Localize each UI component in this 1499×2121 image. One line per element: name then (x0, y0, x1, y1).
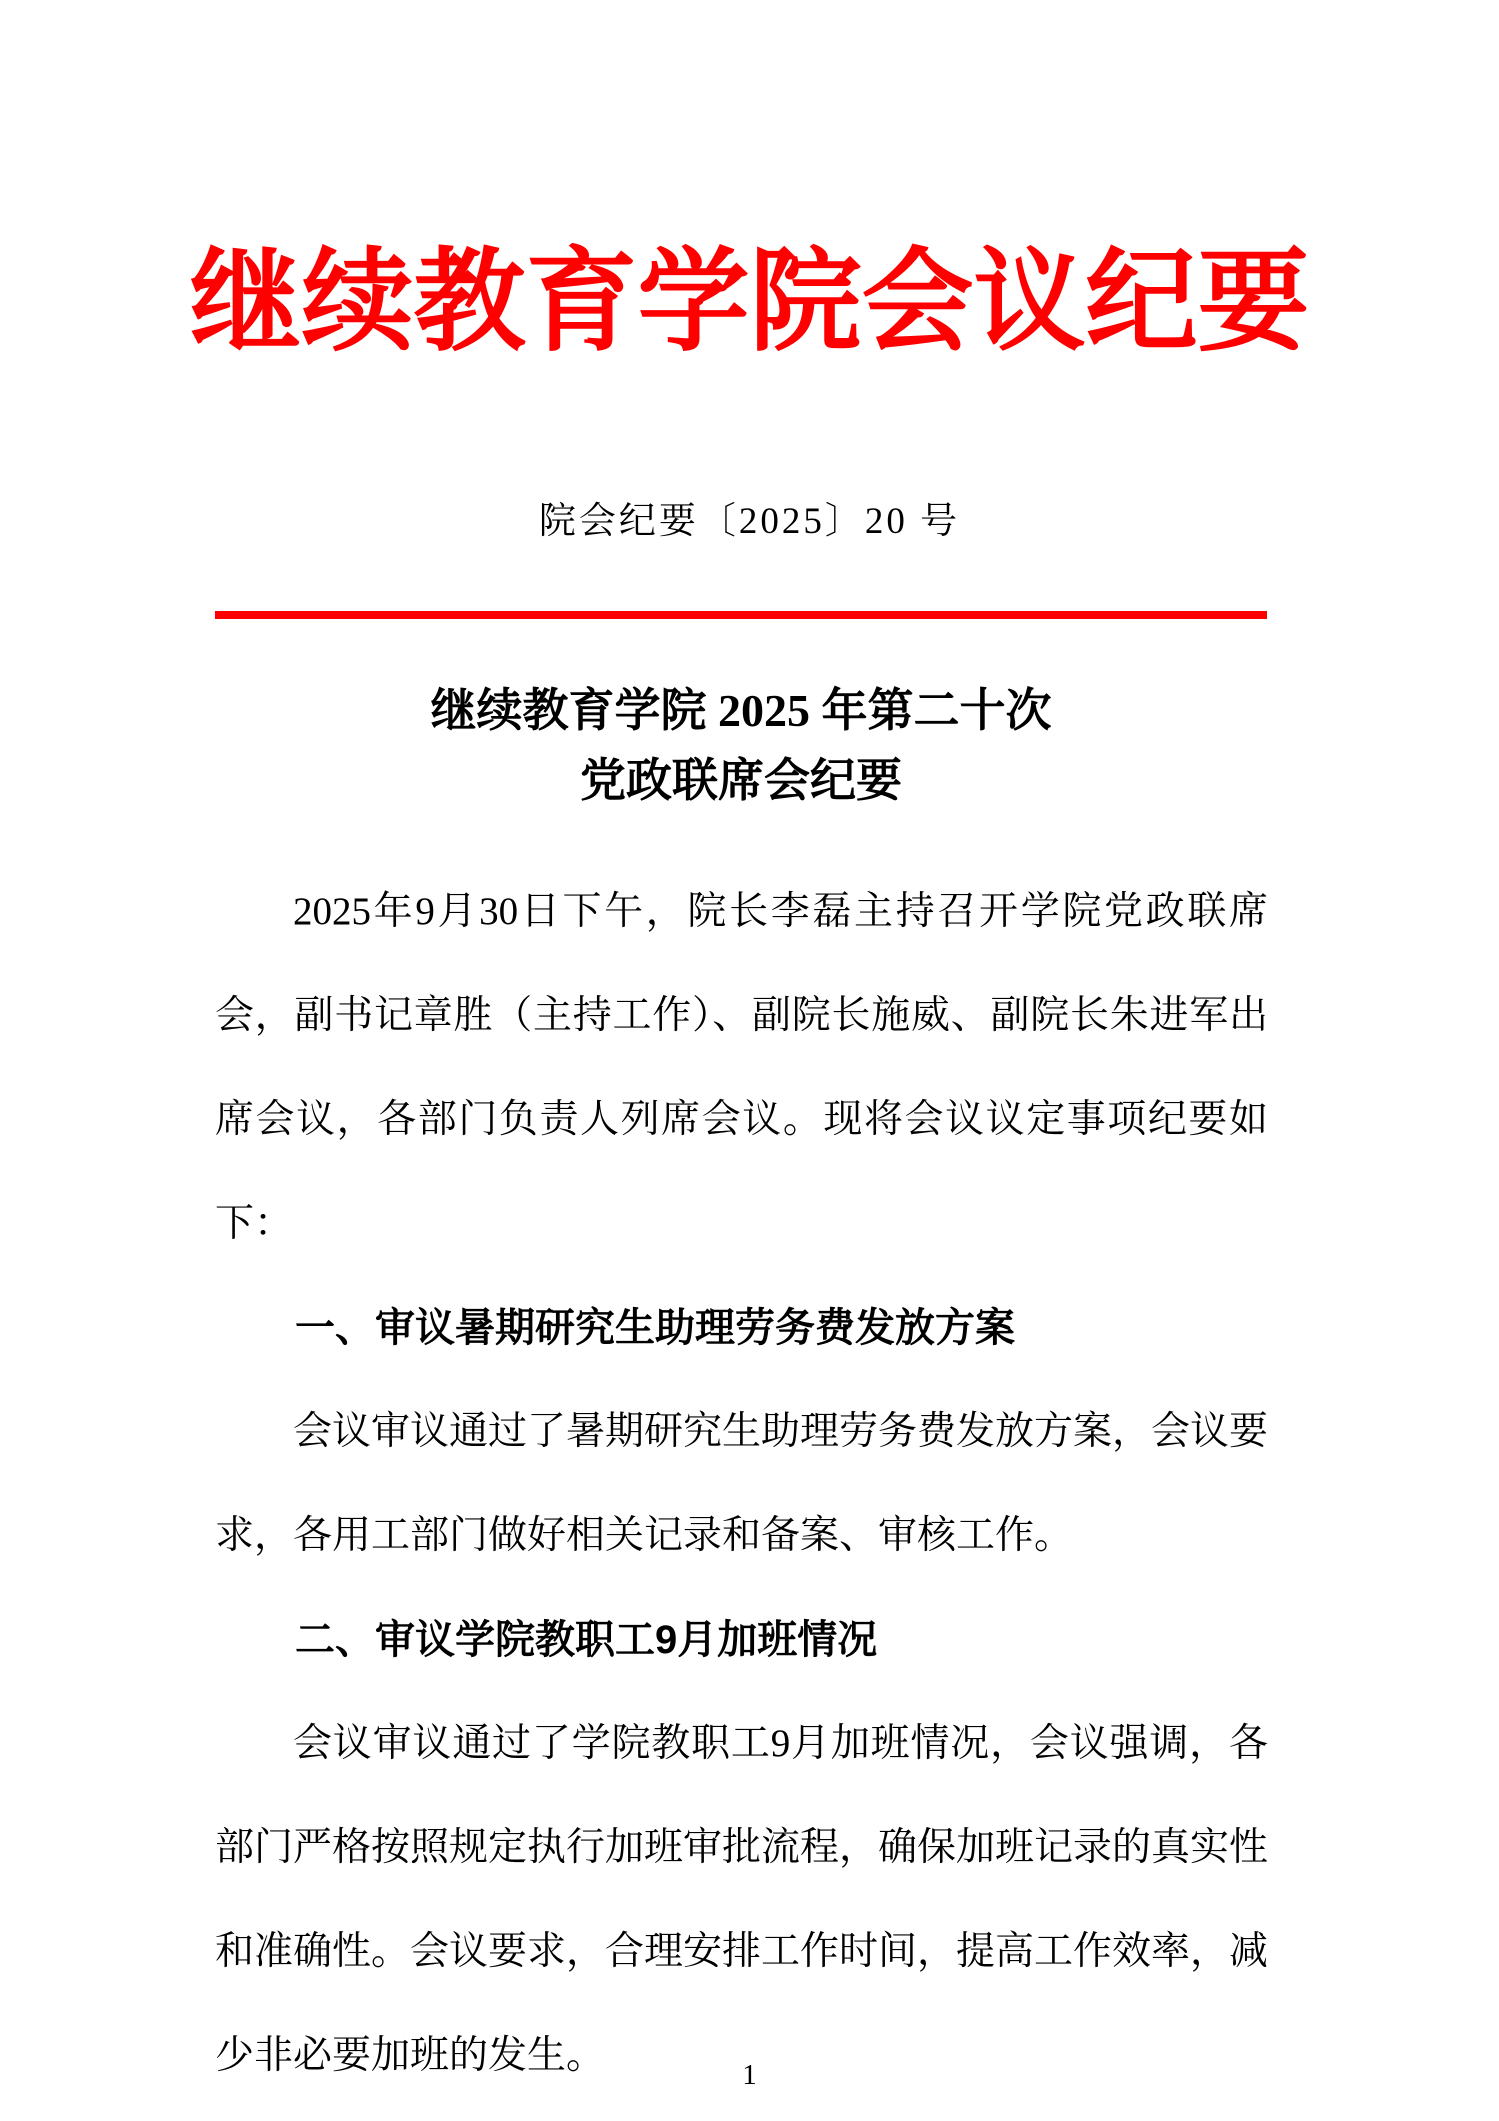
intro-paragraph: 2025年9月30日下午，院长李磊主持召开学院党政联席会，副书记章胜（主持工作）… (215, 860, 1268, 1276)
document-body: 2025年9月30日下午，院长李磊主持召开学院党政联席会，副书记章胜（主持工作）… (215, 860, 1268, 2108)
document-banner-title: 继续教育学院会议纪要 (0, 242, 1499, 365)
document-number: 院会纪要〔2025〕20 号 (0, 500, 1499, 544)
red-divider-line (215, 611, 1267, 619)
section-1-paragraph: 会议审议通过了暑期研究生助理劳务费发放方案，会议要求，各用工部门做好相关记录和备… (215, 1380, 1268, 1588)
meeting-title: 继续教育学院 2025 年第二十次 党政联席会纪要 (215, 676, 1267, 816)
meeting-title-line-1: 继续教育学院 2025 年第二十次 (215, 676, 1267, 746)
document-page: { "colors": { "accent_red": "#FF0000", "… (0, 0, 1499, 2121)
section-1-heading: 一、审议暑期研究生助理劳务费发放方案 (215, 1276, 1268, 1380)
page-number: 1 (0, 2058, 1499, 2093)
section-2-heading: 二、审议学院教职工9月加班情况 (215, 1588, 1268, 1692)
meeting-title-line-2: 党政联席会纪要 (215, 746, 1267, 816)
section-2-paragraph: 会议审议通过了学院教职工9月加班情况，会议强调，各部门严格按照规定执行加班审批流… (215, 1692, 1268, 2108)
